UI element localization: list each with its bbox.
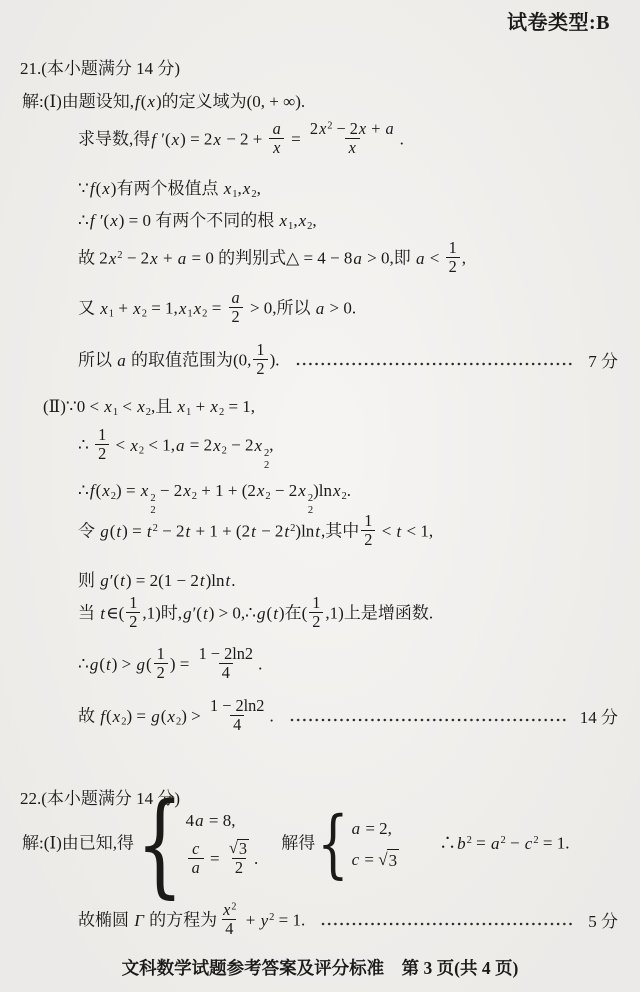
p21-s2-conclusion: 故 f(x2) = g(x2) > 1 − 2ln24.14 分 <box>78 699 618 737</box>
fraction-denominator: 2 <box>253 359 267 378</box>
math-text: )ln <box>206 571 225 590</box>
math-text: 的方程为 <box>145 911 217 930</box>
fraction-numerator: 1 <box>95 426 109 444</box>
p21-s2-define-g: 令 g(t) = t2 − 2t + 1 + (2t − 2t2)lnt,其中1… <box>78 514 433 552</box>
math-variable: a <box>352 249 363 268</box>
p21-s1-derivative: 求导数,得f ′(x) = 2x − 2 + ax = 2x2 − 2x + a… <box>78 122 404 160</box>
fraction-denominator: 4 <box>222 919 236 938</box>
math-variable: x <box>149 249 159 268</box>
math-variable: f <box>89 179 96 198</box>
math-text: 21.(本小题满分 14 分) <box>20 59 180 78</box>
radicand: 3 <box>387 849 400 872</box>
system-rows: a = 2,c = √3 <box>351 818 399 872</box>
math-variable: f <box>150 130 157 149</box>
math-text: = 0 的判别式△ = 4 − 8 <box>187 249 352 268</box>
math-variable: x <box>99 299 109 318</box>
score-label: 14 分 <box>580 707 618 729</box>
math-text: < <box>118 397 136 416</box>
math-text: − 2 + <box>222 130 267 149</box>
p21-s2-premise: (Ⅱ)∵0 < x1 < x2,且 x1 + x2 = 1, <box>43 396 255 418</box>
math-variable: a <box>191 858 201 877</box>
math-text: + <box>159 249 177 268</box>
math-text: 2 <box>310 119 318 138</box>
math-text: 求导数,得 <box>78 130 150 149</box>
fraction-numerator: 1 <box>361 512 375 530</box>
math-variable: y <box>260 911 270 930</box>
math-variable: x <box>298 211 308 230</box>
math-text: ,其中 <box>321 522 359 541</box>
line-content: ∴f ′(x) = 0 有两个不同的根 x1,x2, <box>78 210 317 232</box>
line-content: 又 x1 + x2 = 1,x1x2 = a2 > 0,所以 a > 0. <box>78 291 356 329</box>
fraction-numerator: √3 <box>226 839 252 858</box>
math-variable: t <box>119 571 126 590</box>
math-text: ,1)上是增函数. <box>325 604 433 623</box>
math-text: − 2 <box>271 481 298 500</box>
fraction-numerator: 1 <box>154 645 168 663</box>
math-text: ,1)时, <box>142 604 182 623</box>
p21-s2-fx2-expression: ∴f(x2) = x22 − 2x2 + 1 + (2x2 − 2x22)lnx… <box>78 480 351 516</box>
math-text: ,且 <box>151 397 177 416</box>
math-text: ∴ <box>405 834 456 853</box>
math-text: ) = <box>116 481 140 500</box>
math-text: 2 <box>235 858 243 877</box>
math-text: − 2 <box>227 436 254 455</box>
math-text: + <box>114 299 132 318</box>
math-variable: x <box>132 299 142 318</box>
fraction-denominator: 2 <box>446 257 460 276</box>
math-variable: x <box>182 481 192 500</box>
math-text: + 1 + (2 <box>191 522 250 541</box>
curly-brace-icon: { <box>136 797 184 892</box>
math-variable: c <box>351 850 361 869</box>
math-text: = 1. <box>539 834 570 853</box>
fraction-denominator: 2 <box>232 858 246 877</box>
math-text: )有两个极值点 <box>111 179 223 198</box>
math-variable: x <box>209 397 219 416</box>
fraction-denominator: 4 <box>230 715 244 734</box>
math-text: < <box>111 436 129 455</box>
math-text: ) = <box>122 522 146 541</box>
math-text: ) = 2 <box>180 130 212 149</box>
line-content: ∴ 12 < x2 < 1,a = 2x2 − 2x22, <box>78 428 274 471</box>
math-text: < <box>425 249 443 268</box>
math-text: ) = <box>126 707 150 726</box>
math-text: 1 − 2ln2 <box>210 696 265 715</box>
math-text: ( <box>146 655 152 674</box>
math-variable: x <box>358 119 367 138</box>
math-text: − 2 <box>156 481 183 500</box>
math-text: 解:(Ⅰ)由已知,得 <box>22 834 134 853</box>
math-variable: f <box>89 211 96 230</box>
equation-system: {4a = 8,ca = √32. <box>136 810 258 880</box>
p21-s1-distinct-roots: ∴f ′(x) = 0 有两个不同的根 x1,x2, <box>78 210 317 232</box>
math-text: > 0. <box>325 299 356 318</box>
math-text: − <box>506 834 524 853</box>
exam-type-label: 试卷类型:B <box>507 10 610 36</box>
math-text: 1 <box>312 593 320 612</box>
math-text: 2 <box>312 612 320 631</box>
fraction: 12 <box>253 341 267 379</box>
math-text: 4 <box>186 811 195 830</box>
p22-s1-system: 解:(Ⅰ)由已知,得{4a = 8,ca = √32. 解得{a = 2,c =… <box>22 810 569 880</box>
square-root: √3 <box>378 849 399 872</box>
math-variable: x <box>297 481 307 500</box>
line-content: 当 t∈(12,1)时,g′(t) > 0,∴g(t)在(12,1)上是增函数. <box>78 596 433 634</box>
math-variable: x <box>109 211 119 230</box>
math-text: . <box>258 655 262 674</box>
math-variable: Γ <box>133 911 145 930</box>
math-text: , <box>312 211 316 230</box>
math-text: . <box>400 130 404 149</box>
fraction-denominator: x <box>269 138 284 157</box>
line-content: 令 g(t) = t2 − 2t + 1 + (2t − 2t2)lnt,其中1… <box>78 514 433 552</box>
math-text: 4 <box>222 663 230 682</box>
math-text: 2 <box>98 444 106 463</box>
fraction-denominator: 2 <box>309 612 323 631</box>
math-text: ∈( <box>106 604 124 623</box>
math-text: ) = 0 有两个不同的根 <box>119 211 279 230</box>
math-text: 则 <box>78 571 99 590</box>
math-text: ∴ <box>78 655 89 674</box>
math-text: , <box>462 249 466 268</box>
math-text: . <box>347 481 351 500</box>
math-variable: t <box>202 604 209 623</box>
math-text: 2 <box>364 530 372 549</box>
math-variable: c <box>191 839 200 858</box>
subscript: 2 <box>264 460 269 472</box>
math-text: = 2 <box>185 436 212 455</box>
math-variable: x <box>212 130 222 149</box>
fraction-denominator: 2 <box>95 444 109 463</box>
math-variable: g <box>99 522 110 541</box>
line-content: 故 2x2 − 2x + a = 0 的判别式△ = 4 − 8a > 0,即 … <box>78 241 466 279</box>
math-text: 当 <box>78 604 99 623</box>
math-variable: x <box>129 436 139 455</box>
math-variable: x <box>222 900 231 919</box>
fraction-numerator: 1 <box>126 594 140 612</box>
math-variable: x <box>140 481 150 500</box>
square-root: √3 <box>229 839 249 858</box>
math-text: ). <box>270 351 280 370</box>
math-text: < 1, <box>402 522 433 541</box>
math-variable: x <box>272 138 281 157</box>
fraction-numerator: 1 <box>309 594 323 612</box>
math-variable: c <box>524 834 534 853</box>
p21-s1-range-conclusion: 所以 a 的取值范围为(0,12).7 分 <box>78 343 618 381</box>
math-text: 2 <box>256 359 264 378</box>
math-variable: x <box>108 249 118 268</box>
math-variable: x <box>348 138 357 157</box>
math-variable: f <box>134 92 141 111</box>
subscript: 1 <box>187 309 192 320</box>
math-text: 解:(Ⅰ)由题设知, <box>22 92 134 111</box>
math-variable: a <box>116 351 127 370</box>
math-text: = <box>472 834 490 853</box>
math-text: ) = <box>170 655 194 674</box>
dotted-leader <box>321 922 574 926</box>
math-text: + <box>191 397 209 416</box>
math-variable: x <box>193 299 203 318</box>
math-text: ′( <box>193 604 202 623</box>
math-variable: t <box>99 604 106 623</box>
math-variable: x <box>177 397 187 416</box>
math-text: (Ⅱ)∵0 < <box>43 397 103 416</box>
problem-21-heading: 21.(本小题满分 14 分) <box>20 58 180 80</box>
math-text: ∴ <box>78 211 89 230</box>
fraction-denominator: 2 <box>126 612 140 631</box>
math-variable: f <box>99 707 106 726</box>
math-text: < <box>377 522 395 541</box>
fraction: 12 <box>446 239 460 277</box>
math-variable: g <box>256 604 267 623</box>
fraction: 12 <box>361 512 375 550</box>
math-text: = <box>206 849 224 868</box>
math-text: = 1, <box>224 397 255 416</box>
math-text: ∵ <box>78 179 89 198</box>
math-variable: t <box>146 522 153 541</box>
math-text: = 1. <box>274 911 305 930</box>
math-text: ′( <box>96 211 110 230</box>
math-variable: x <box>101 481 111 500</box>
math-variable: x <box>171 130 181 149</box>
p21-s2-g-monotonic: 当 t∈(12,1)时,g′(t) > 0,∴g(t)在(12,1)上是增函数. <box>78 596 433 634</box>
math-variable: g <box>99 571 110 590</box>
fraction-numerator: 1 − 2ln2 <box>207 697 268 715</box>
radicand: 3 <box>237 839 249 858</box>
math-variable: t <box>199 571 206 590</box>
math-text: 2 <box>157 663 165 682</box>
math-variable: a <box>177 249 188 268</box>
math-text: )在( <box>279 604 307 623</box>
math-text: 1 <box>157 644 165 663</box>
math-variable: a <box>272 119 282 138</box>
math-text: + 1 + (2 <box>197 481 256 500</box>
math-text: 故椭圆 <box>78 911 133 930</box>
line-content: ∵f(x)有两个极值点 x1,x2, <box>78 178 261 200</box>
math-text: 2 <box>449 257 457 276</box>
line-content: (Ⅱ)∵0 < x1 < x2,且 x1 + x2 = 1, <box>43 396 255 418</box>
math-text: − 2 <box>123 249 150 268</box>
fraction-denominator: 2 <box>154 663 168 682</box>
math-text: 2 <box>129 612 137 631</box>
math-text: ′( <box>157 130 171 149</box>
fraction: 12 <box>309 594 323 632</box>
math-variable: g <box>135 655 146 674</box>
math-text: 1 − 2ln2 <box>199 644 254 663</box>
p21-s2-g-bound: ∴g(t) > g(12) = 1 − 2ln24. <box>78 647 262 685</box>
math-text: 所以 <box>78 351 116 370</box>
fraction-denominator: a <box>188 858 204 877</box>
math-text: )ln <box>295 522 314 541</box>
math-text: 1 <box>256 340 264 359</box>
math-text: − 2 <box>332 119 358 138</box>
math-text: ) = 2(1 − 2 <box>126 571 199 590</box>
math-variable: t <box>272 604 279 623</box>
fraction: ca <box>188 840 204 878</box>
dotted-leader <box>290 718 566 722</box>
p21-s2-g-derivative: 则 g′(t) = 2(1 − 2t)lnt. <box>78 570 235 592</box>
math-text: = <box>360 850 378 869</box>
math-text: ) > 0,∴ <box>209 604 256 623</box>
math-text: ) > <box>181 707 205 726</box>
math-text: , <box>293 211 297 230</box>
math-text: ∴ <box>78 481 89 500</box>
system-rows: 4a = 8,ca = √32. <box>186 810 259 880</box>
math-variable: x <box>212 436 222 455</box>
math-variable: x <box>242 179 252 198</box>
fraction-denominator: 4 <box>219 663 233 682</box>
math-text: , <box>269 436 273 455</box>
math-variable: t <box>250 522 257 541</box>
line-content: 解:(Ⅰ)由题设知,f(x)的定义域为(0, + ∞). <box>22 91 305 113</box>
fraction-numerator: 1 <box>446 239 460 257</box>
math-text: ( <box>106 707 112 726</box>
math-text: . <box>231 571 235 590</box>
math-variable: a <box>415 249 426 268</box>
math-variable: a <box>385 119 395 138</box>
math-text: + <box>367 119 384 138</box>
fraction-numerator: c <box>188 840 203 858</box>
math-variable: a <box>315 299 326 318</box>
fraction-denominator: 2 <box>229 307 243 326</box>
fraction: 12 <box>154 645 168 683</box>
math-variable: x <box>279 211 289 230</box>
p21-s1-discriminant: 故 2x2 − 2x + a = 0 的判别式△ = 4 − 8a > 0,即 … <box>78 241 466 279</box>
p21-s1-vieta: 又 x1 + x2 = 1,x1x2 = a2 > 0,所以 a > 0. <box>78 291 356 329</box>
math-variable: x <box>253 436 263 455</box>
math-text: 1 <box>129 593 137 612</box>
math-text: 1 <box>449 238 457 257</box>
fraction: 12 <box>126 594 140 632</box>
math-variable: x <box>223 179 233 198</box>
dotted-leader <box>296 362 575 366</box>
line-content: 解:(Ⅰ)由已知,得{4a = 8,ca = √32. 解得{a = 2,c =… <box>22 810 569 880</box>
math-text: + <box>241 911 259 930</box>
line-content: 所以 a 的取值范围为(0,12). <box>78 343 280 381</box>
fraction: 1 − 2ln24 <box>207 697 268 735</box>
math-text: ′( <box>110 571 119 590</box>
fraction-numerator: a <box>269 120 285 138</box>
fraction: 12 <box>95 426 109 464</box>
math-variable: a <box>490 834 501 853</box>
math-variable: g <box>182 604 193 623</box>
math-text: 故 <box>78 707 99 726</box>
math-variable: x <box>332 481 342 500</box>
fraction-numerator: x2 <box>219 901 239 919</box>
score-label: 5 分 <box>588 911 618 933</box>
fraction: x24 <box>219 901 239 939</box>
line-content: 则 g′(t) = 2(1 − 2t)lnt. <box>78 570 235 592</box>
math-text: . <box>254 849 258 868</box>
p21-s2-x2-range: ∴ 12 < x2 < 1,a = 2x2 − 2x22, <box>78 428 274 471</box>
line-content: ∴f(x2) = x22 − 2x2 + 1 + (2x2 − 2x22)lnx… <box>78 480 351 516</box>
equation-system: {a = 2,c = √3 <box>317 818 399 872</box>
math-text: ) > <box>112 655 136 674</box>
math-text: 4 <box>233 715 241 734</box>
math-variable: x <box>101 179 111 198</box>
system-row: 4a = 8, <box>186 810 236 832</box>
math-text: 4 <box>225 919 233 938</box>
math-text: )ln <box>313 481 332 500</box>
math-text: > 0,即 <box>363 249 415 268</box>
p22-s1-ellipse-equation: 故椭圆 Γ 的方程为x24 + y2 = 1.5 分 <box>78 903 618 941</box>
math-text: = 1, <box>147 299 178 318</box>
fraction: 1 − 2ln24 <box>196 645 257 683</box>
math-text: 解得 <box>264 834 315 853</box>
fraction-numerator: 1 <box>253 341 267 359</box>
math-variable: b <box>456 834 467 853</box>
math-text: > 0,所以 <box>246 299 315 318</box>
math-text: − 2 <box>158 522 185 541</box>
line-content: 故 f(x2) = g(x2) > 1 − 2ln24. <box>78 699 274 737</box>
p21-s1-extreme-points: ∵f(x)有两个极值点 x1,x2, <box>78 178 261 200</box>
math-variable: g <box>89 655 100 674</box>
math-text: 2 <box>232 307 240 326</box>
fraction: ax <box>269 120 285 158</box>
math-variable: x <box>166 707 176 726</box>
math-text: 故 2 <box>78 249 108 268</box>
math-text: = <box>287 130 305 149</box>
math-text: 又 <box>78 299 99 318</box>
math-variable: t <box>105 655 112 674</box>
math-text: = 8, <box>205 811 236 830</box>
math-variable: a <box>194 811 205 830</box>
line-content: ∴g(t) > g(12) = 1 − 2ln24. <box>78 647 262 685</box>
fraction: 2x2 − 2x + ax <box>307 120 398 158</box>
math-variable: x <box>256 481 266 500</box>
system-row: a = 2, <box>351 818 392 840</box>
math-variable: g <box>150 707 161 726</box>
fraction-numerator: 1 − 2ln2 <box>196 645 257 663</box>
fraction-denominator: 2 <box>361 530 375 549</box>
fraction-numerator: 2x2 − 2x + a <box>307 120 398 138</box>
math-variable: f <box>89 481 96 500</box>
math-variable: x <box>146 92 156 111</box>
math-text: )的定义域为(0, + ∞). <box>156 92 305 111</box>
math-text: = <box>207 299 225 318</box>
line-content: 求导数,得f ′(x) = 2x − 2 + ax = 2x2 − 2x + a… <box>78 122 404 160</box>
math-variable: a <box>175 436 186 455</box>
math-text: 1 <box>364 511 372 530</box>
line-content: 21.(本小题满分 14 分) <box>20 58 180 80</box>
math-text: 令 <box>78 522 99 541</box>
math-text: 的取值范围为(0, <box>127 351 252 370</box>
fraction: a2 <box>228 289 244 327</box>
math-text: < 1, <box>144 436 175 455</box>
fraction-numerator: a <box>228 289 244 307</box>
fraction-denominator: x <box>345 138 360 157</box>
math-variable: x <box>136 397 146 416</box>
system-row: c = √3 <box>351 849 399 872</box>
math-text: ∴ <box>78 436 93 455</box>
p21-s1-domain: 解:(Ⅰ)由题设知,f(x)的定义域为(0, + ∞). <box>22 91 305 113</box>
math-variable: a <box>351 819 362 838</box>
math-variable: x <box>103 397 113 416</box>
curly-brace-icon: { <box>317 813 348 876</box>
score-label: 7 分 <box>588 351 618 373</box>
math-text: 1 <box>98 425 106 444</box>
math-text: − 2 <box>257 522 284 541</box>
line-content: 故椭圆 Γ 的方程为x24 + y2 = 1. <box>78 903 305 941</box>
superscript: 2 <box>231 901 236 912</box>
math-text: = 2, <box>361 819 392 838</box>
math-variable: x <box>112 707 122 726</box>
math-text: , <box>257 179 261 198</box>
math-variable: x <box>178 299 188 318</box>
system-row: ca = √32. <box>186 841 259 880</box>
math-text: . <box>269 707 273 726</box>
page-footer: 文科数学试题参考答案及评分标准 第 3 页(共 4 页) <box>0 957 640 980</box>
